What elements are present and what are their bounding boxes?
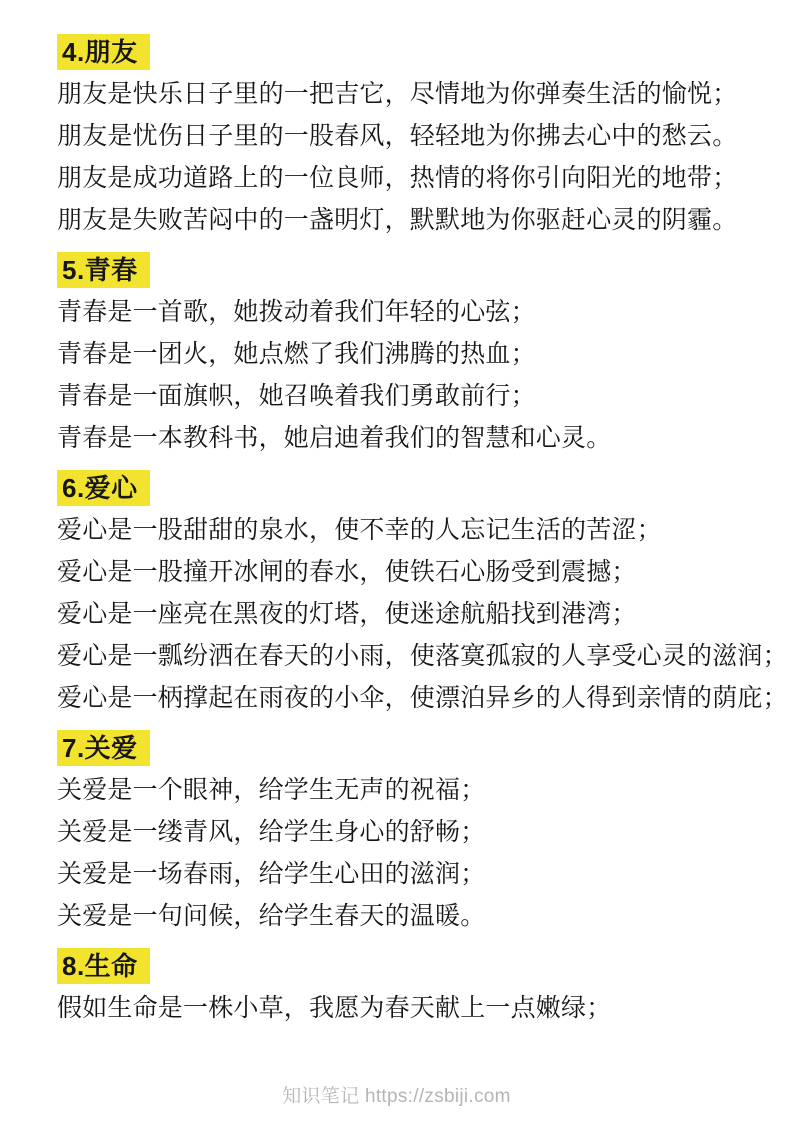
sentence-line: 爱心是一柄撑起在雨夜的小伞，使漂泊异乡的人得到亲情的荫庇；: [57, 684, 775, 712]
section-title-row: 7.关爱: [57, 730, 775, 766]
sentence-line: 青春是一首歌，她拨动着我们年轻的心弦；: [57, 298, 775, 326]
sentence-line: 朋友是忧伤日子里的一股春风，轻轻地为你拂去心中的愁云。: [57, 122, 775, 150]
sentence-line: 朋友是失败苦闷中的一盏明灯，默默地为你驱赶心灵的阴霾。: [57, 206, 775, 234]
sentence-line: 青春是一面旗帜，她召唤着我们勇敢前行；: [57, 382, 775, 410]
sentence-line: 爱心是一座亮在黑夜的灯塔，使迷途航船找到港湾；: [57, 600, 775, 628]
section-friends: 4.朋友 朋友是快乐日子里的一把吉它，尽情地为你弹奏生活的愉悦； 朋友是忧伤日子…: [57, 34, 775, 234]
sentence-line: 关爱是一句问候，给学生春天的温暖。: [57, 902, 775, 930]
section-title-row: 6.爱心: [57, 470, 775, 506]
sentence-line: 关爱是一缕青风，给学生身心的舒畅；: [57, 818, 775, 846]
section-title-row: 4.朋友: [57, 34, 775, 70]
section-youth: 5.青春 青春是一首歌，她拨动着我们年轻的心弦； 青春是一团火，她点燃了我们沸腾…: [57, 252, 775, 452]
sentence-line: 爱心是一瓢纷洒在春天的小雨，使落寞孤寂的人享受心灵的滋润；: [57, 642, 775, 670]
sentence-line: 朋友是成功道路上的一位良师，热情的将你引向阳光的地带；: [57, 164, 775, 192]
section-title: 6.爱心: [57, 470, 150, 506]
section-care: 7.关爱 关爱是一个眼神，给学生无声的祝福； 关爱是一缕青风，给学生身心的舒畅；…: [57, 730, 775, 930]
section-title: 5.青春: [57, 252, 150, 288]
sentence-line: 爱心是一股甜甜的泉水，使不幸的人忘记生活的苦涩；: [57, 516, 775, 544]
section-title: 8.生命: [57, 948, 150, 984]
sentence-line: 青春是一团火，她点燃了我们沸腾的热血；: [57, 340, 775, 368]
section-life: 8.生命 假如生命是一株小草，我愿为春天献上一点嫩绿；: [57, 948, 775, 1022]
sentence-line: 爱心是一股撞开冰闸的春水，使铁石心肠受到震撼；: [57, 558, 775, 586]
sentence-line: 关爱是一个眼神，给学生无声的祝福；: [57, 776, 775, 804]
sentence-line: 关爱是一场春雨，给学生心田的滋润；: [57, 860, 775, 888]
section-title-row: 8.生命: [57, 948, 775, 984]
sentence-line: 假如生命是一株小草，我愿为春天献上一点嫩绿；: [57, 994, 775, 1022]
section-love: 6.爱心 爱心是一股甜甜的泉水，使不幸的人忘记生活的苦涩； 爱心是一股撞开冰闸的…: [57, 470, 775, 712]
sentence-line: 朋友是快乐日子里的一把吉它，尽情地为你弹奏生活的愉悦；: [57, 80, 775, 108]
section-title: 7.关爱: [57, 730, 150, 766]
section-title: 4.朋友: [57, 34, 150, 70]
sentence-line: 青春是一本教科书，她启迪着我们的智慧和心灵。: [57, 424, 775, 452]
watermark: 知识笔记 https://zsbiji.com: [0, 1081, 793, 1108]
section-title-row: 5.青春: [57, 252, 775, 288]
document-page: 4.朋友 朋友是快乐日子里的一把吉它，尽情地为你弹奏生活的愉悦； 朋友是忧伤日子…: [0, 0, 793, 1122]
